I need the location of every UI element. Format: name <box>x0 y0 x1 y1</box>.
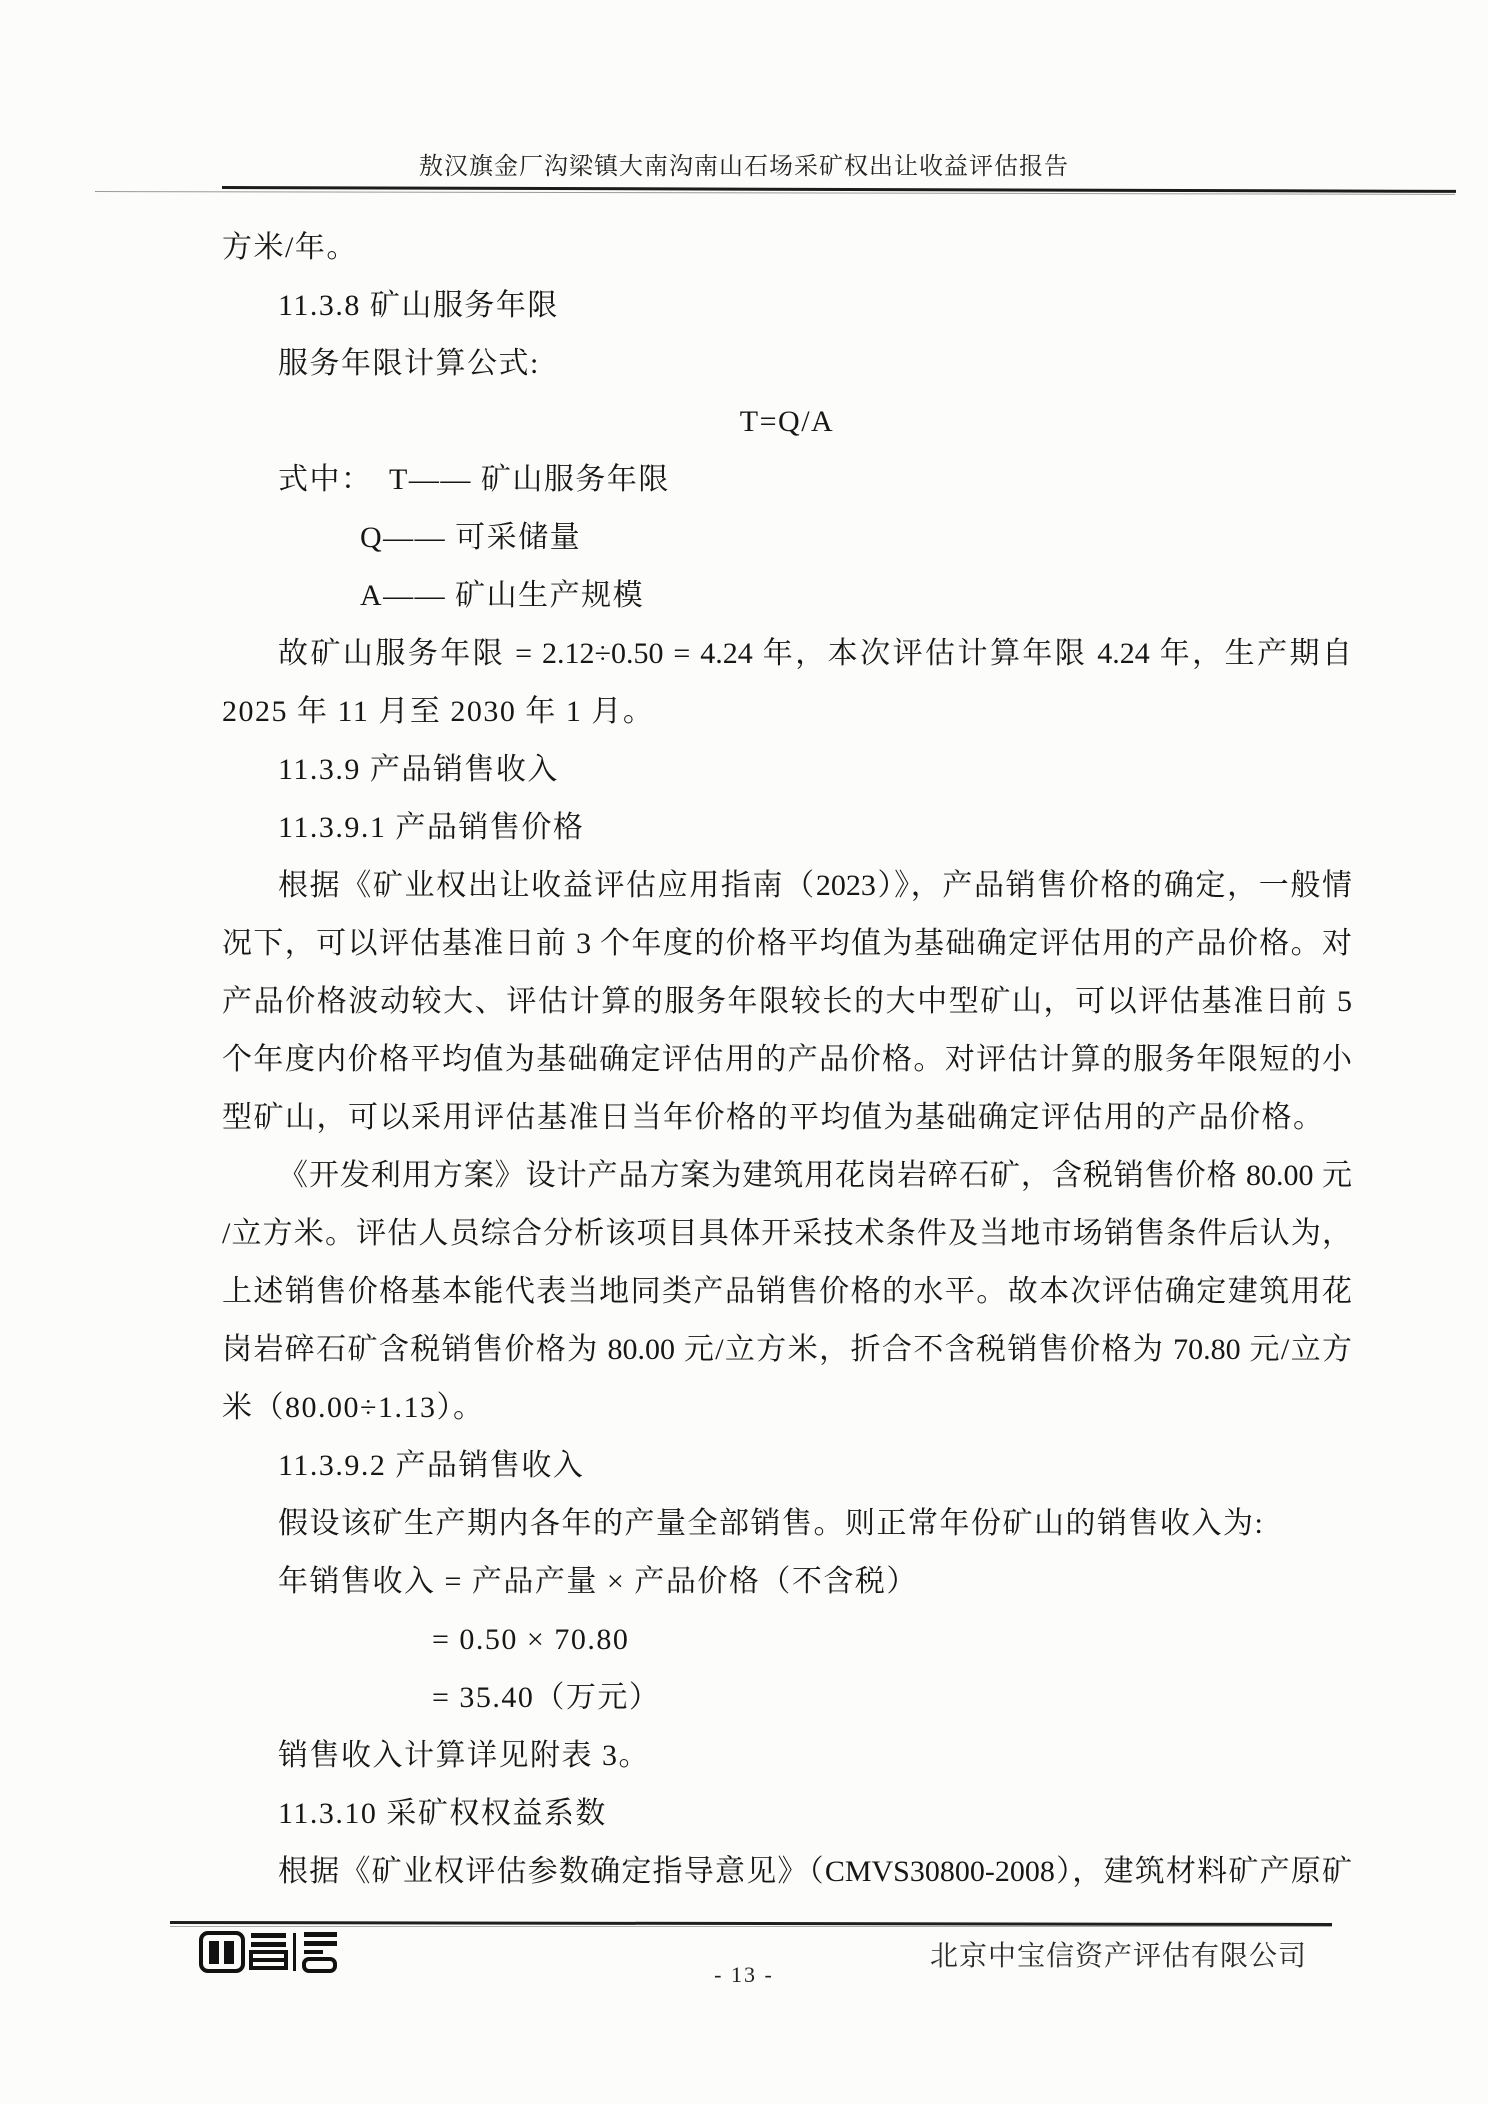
section-heading: 11.3.10 采矿权权益系数 <box>222 1785 1352 1843</box>
body-line: 假设该矿生产期内各年的产量全部销售。则正常年份矿山的销售收入为: <box>222 1495 1352 1553</box>
body-line: 况下，可以评估基准日前 3 个年度的价格平均值为基础确定评估用的产品价格。对 <box>222 915 1352 973</box>
formula-line: = 35.40（万元） <box>222 1669 1352 1727</box>
footer-rule-shadow <box>170 1926 1332 1927</box>
body-line: 根据《矿业权评估参数确定指导意见》（CMVS30800-2008），建筑材料矿产… <box>222 1843 1352 1901</box>
body-line: 2025 年 11 月至 2030 年 1 月。 <box>222 683 1352 741</box>
formula-definition: A—— 矿山生产规模 <box>222 567 1352 625</box>
body-line: 故矿山服务年限 = 2.12÷0.50 = 4.24 年，本次评估计算年限 4.… <box>222 625 1352 683</box>
section-heading: 11.3.9 产品销售收入 <box>222 741 1352 799</box>
body-line: 销售收入计算详见附表 3。 <box>222 1727 1352 1785</box>
formula-definition: 式中： T—— 矿山服务年限 <box>222 451 1352 509</box>
body-line: 个年度内价格平均值为基础确定评估用的产品价格。对评估计算的服务年限短的小 <box>222 1031 1352 1089</box>
page-number: - 13 - <box>0 1962 1488 1988</box>
body-line: 上述销售价格基本能代表当地同类产品销售价格的水平。故本次评估确定建筑用花 <box>222 1263 1352 1321</box>
body-line: 服务年限计算公式: <box>222 335 1352 393</box>
body-line: 《开发利用方案》设计产品方案为建筑用花岗岩碎石矿，含税销售价格 80.00 元 <box>222 1147 1352 1205</box>
formula-line: T=Q/A <box>222 393 1352 451</box>
formula-definition: Q—— 可采储量 <box>222 509 1352 567</box>
formula-line: 年销售收入 = 产品产量 × 产品价格（不含税） <box>222 1553 1352 1611</box>
body-line: 方米/年。 <box>222 219 1352 277</box>
body-text: 方米/年。 11.3.8 矿山服务年限 服务年限计算公式: T=Q/A 式中： … <box>222 219 1352 1901</box>
body-line: 根据《矿业权出让收益评估应用指南（2023）》，产品销售价格的确定，一般情 <box>222 857 1352 915</box>
section-heading: 11.3.9.1 产品销售价格 <box>222 799 1352 857</box>
header-title: 敖汉旗金厂沟梁镇大南沟南山石场采矿权出让收益评估报告 <box>0 146 1488 181</box>
body-line: 岗岩碎石矿含税销售价格为 80.00 元/立方米，折合不含税销售价格为 70.8… <box>222 1321 1352 1379</box>
section-heading: 11.3.9.2 产品销售收入 <box>222 1437 1352 1495</box>
body-line: /立方米。评估人员综合分析该项目具体开采技术条件及当地市场销售条件后认为， <box>222 1205 1352 1263</box>
report-page: 敖汉旗金厂沟梁镇大南沟南山石场采矿权出让收益评估报告 方米/年。 11.3.8 … <box>0 0 1488 2104</box>
section-heading: 11.3.8 矿山服务年限 <box>222 277 1352 335</box>
body-line: 产品价格波动较大、评估计算的服务年限较长的大中型矿山，可以评估基准日前 5 <box>222 973 1352 1031</box>
body-line: 米（80.00÷1.13）。 <box>222 1379 1352 1437</box>
body-line: 型矿山，可以采用评估基准日当年价格的平均值为基础确定评估用的产品价格。 <box>222 1089 1352 1147</box>
formula-line: = 0.50 × 70.80 <box>222 1611 1352 1669</box>
